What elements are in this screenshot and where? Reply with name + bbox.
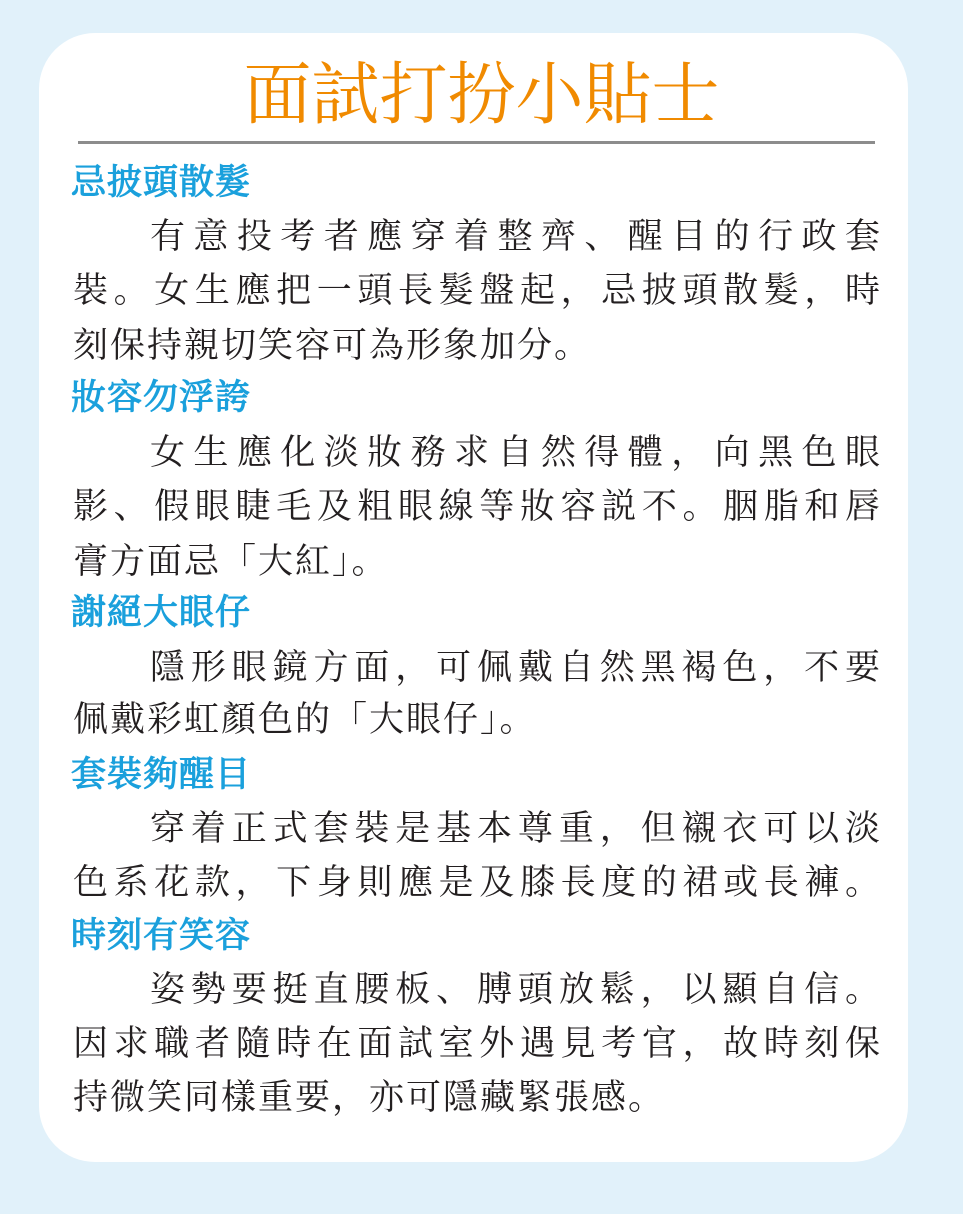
section-2-line-2: 影、假眼睫毛及粗眼線等妝容説不。胭脂和唇 xyxy=(73,482,880,532)
section-heading-smile: 時刻有笑容 xyxy=(71,913,251,959)
section-2-line-1: 女生應化淡妝務求自然得體，向黑色眼 xyxy=(150,428,880,478)
section-4-line-2: 色系花款，下身則應是及膝長度的裙或長褲。 xyxy=(73,858,880,908)
title-divider xyxy=(78,141,875,144)
section-heading-contact-lenses: 謝絕大眼仔 xyxy=(71,590,251,636)
section-5-line-2: 因求職者隨時在面試室外遇見考官，故時刻保 xyxy=(73,1019,880,1069)
section-5-line-3: 持微笑同樣重要，亦可隱藏緊張感。 xyxy=(73,1073,880,1123)
section-1-line-2: 裝。女生應把一頭長髮盤起，忌披頭散髮，時 xyxy=(73,266,880,316)
section-1-line-1: 有意投考者應穿着整齊、醒目的行政套 xyxy=(150,212,880,262)
section-3-line-2: 佩戴彩虹顏色的「大眼仔」。 xyxy=(73,695,880,745)
section-4-line-1: 穿着正式套裝是基本尊重，但襯衣可以淡 xyxy=(150,804,880,854)
section-heading-suit: 套裝夠醒目 xyxy=(71,752,251,798)
section-1-line-3: 刻保持親切笑容可為形象加分。 xyxy=(73,321,880,371)
section-heading-loose-hair: 忌披頭散髮 xyxy=(71,160,251,206)
section-2-line-3: 膏方面忌「大紅」。 xyxy=(73,537,880,587)
section-heading-makeup: 妝容勿浮誇 xyxy=(71,375,251,421)
section-3-line-1: 隱形眼鏡方面，可佩戴自然黑褐色，不要 xyxy=(150,643,880,693)
page-title: 面試打扮小貼士 xyxy=(0,52,963,140)
section-5-line-1: 姿勢要挺直腰板、膊頭放鬆，以顯自信。 xyxy=(150,965,880,1015)
